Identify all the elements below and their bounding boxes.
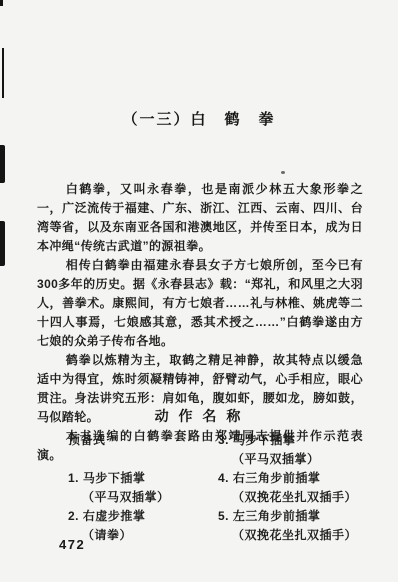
scan-artifact [281,171,285,174]
action-name-list: 预备式 3. 马步下插掌 （平马双插掌） 1. 马步下插掌 4. 右三角步前插掌… [68,431,378,545]
scan-artifact [0,145,5,183]
section-heading: 动 作 名 称 [0,406,398,426]
action-item-sub: （双挽花坐扎双插手） [218,488,378,507]
scan-artifact [0,221,5,266]
action-item-sub: （双挽花坐扎双插手） [218,526,378,545]
scan-artifact [2,48,4,98]
action-item: 1. 马步下插掌 [68,469,218,488]
action-item: 3. 马步下插掌 [218,431,378,450]
paragraph-intro: 白鹤拳，又叫永春拳，也是南派少林五大象形拳之一，广泛流传于福建、广东、浙江、江西… [37,180,363,256]
action-item-sub [68,450,218,469]
scan-artifact [0,0,3,6]
book-page: （一三）白 鹤 拳 白鹤拳，又叫永春拳，也是南派少林五大象形拳之一，广泛流传于福… [0,0,398,582]
action-item: 2. 右虚步推掌 [68,507,218,526]
action-item-sub: （请拳） [68,526,218,545]
paragraph-history: 相传白鹤拳由福建永春县女子方七娘所创，至今已有300多年的历史。据《永春县志》载… [37,256,363,351]
action-item: 5. 左三角步前插掌 [218,507,378,526]
action-item: 4. 右三角步前插掌 [218,469,378,488]
action-item-sub: （平马双插掌） [68,488,218,507]
action-item-sub: （平马双插掌） [218,450,378,469]
chapter-title: （一三）白 鹤 拳 [0,108,398,129]
action-item: 预备式 [68,431,218,450]
page-number: 472 [59,537,85,552]
